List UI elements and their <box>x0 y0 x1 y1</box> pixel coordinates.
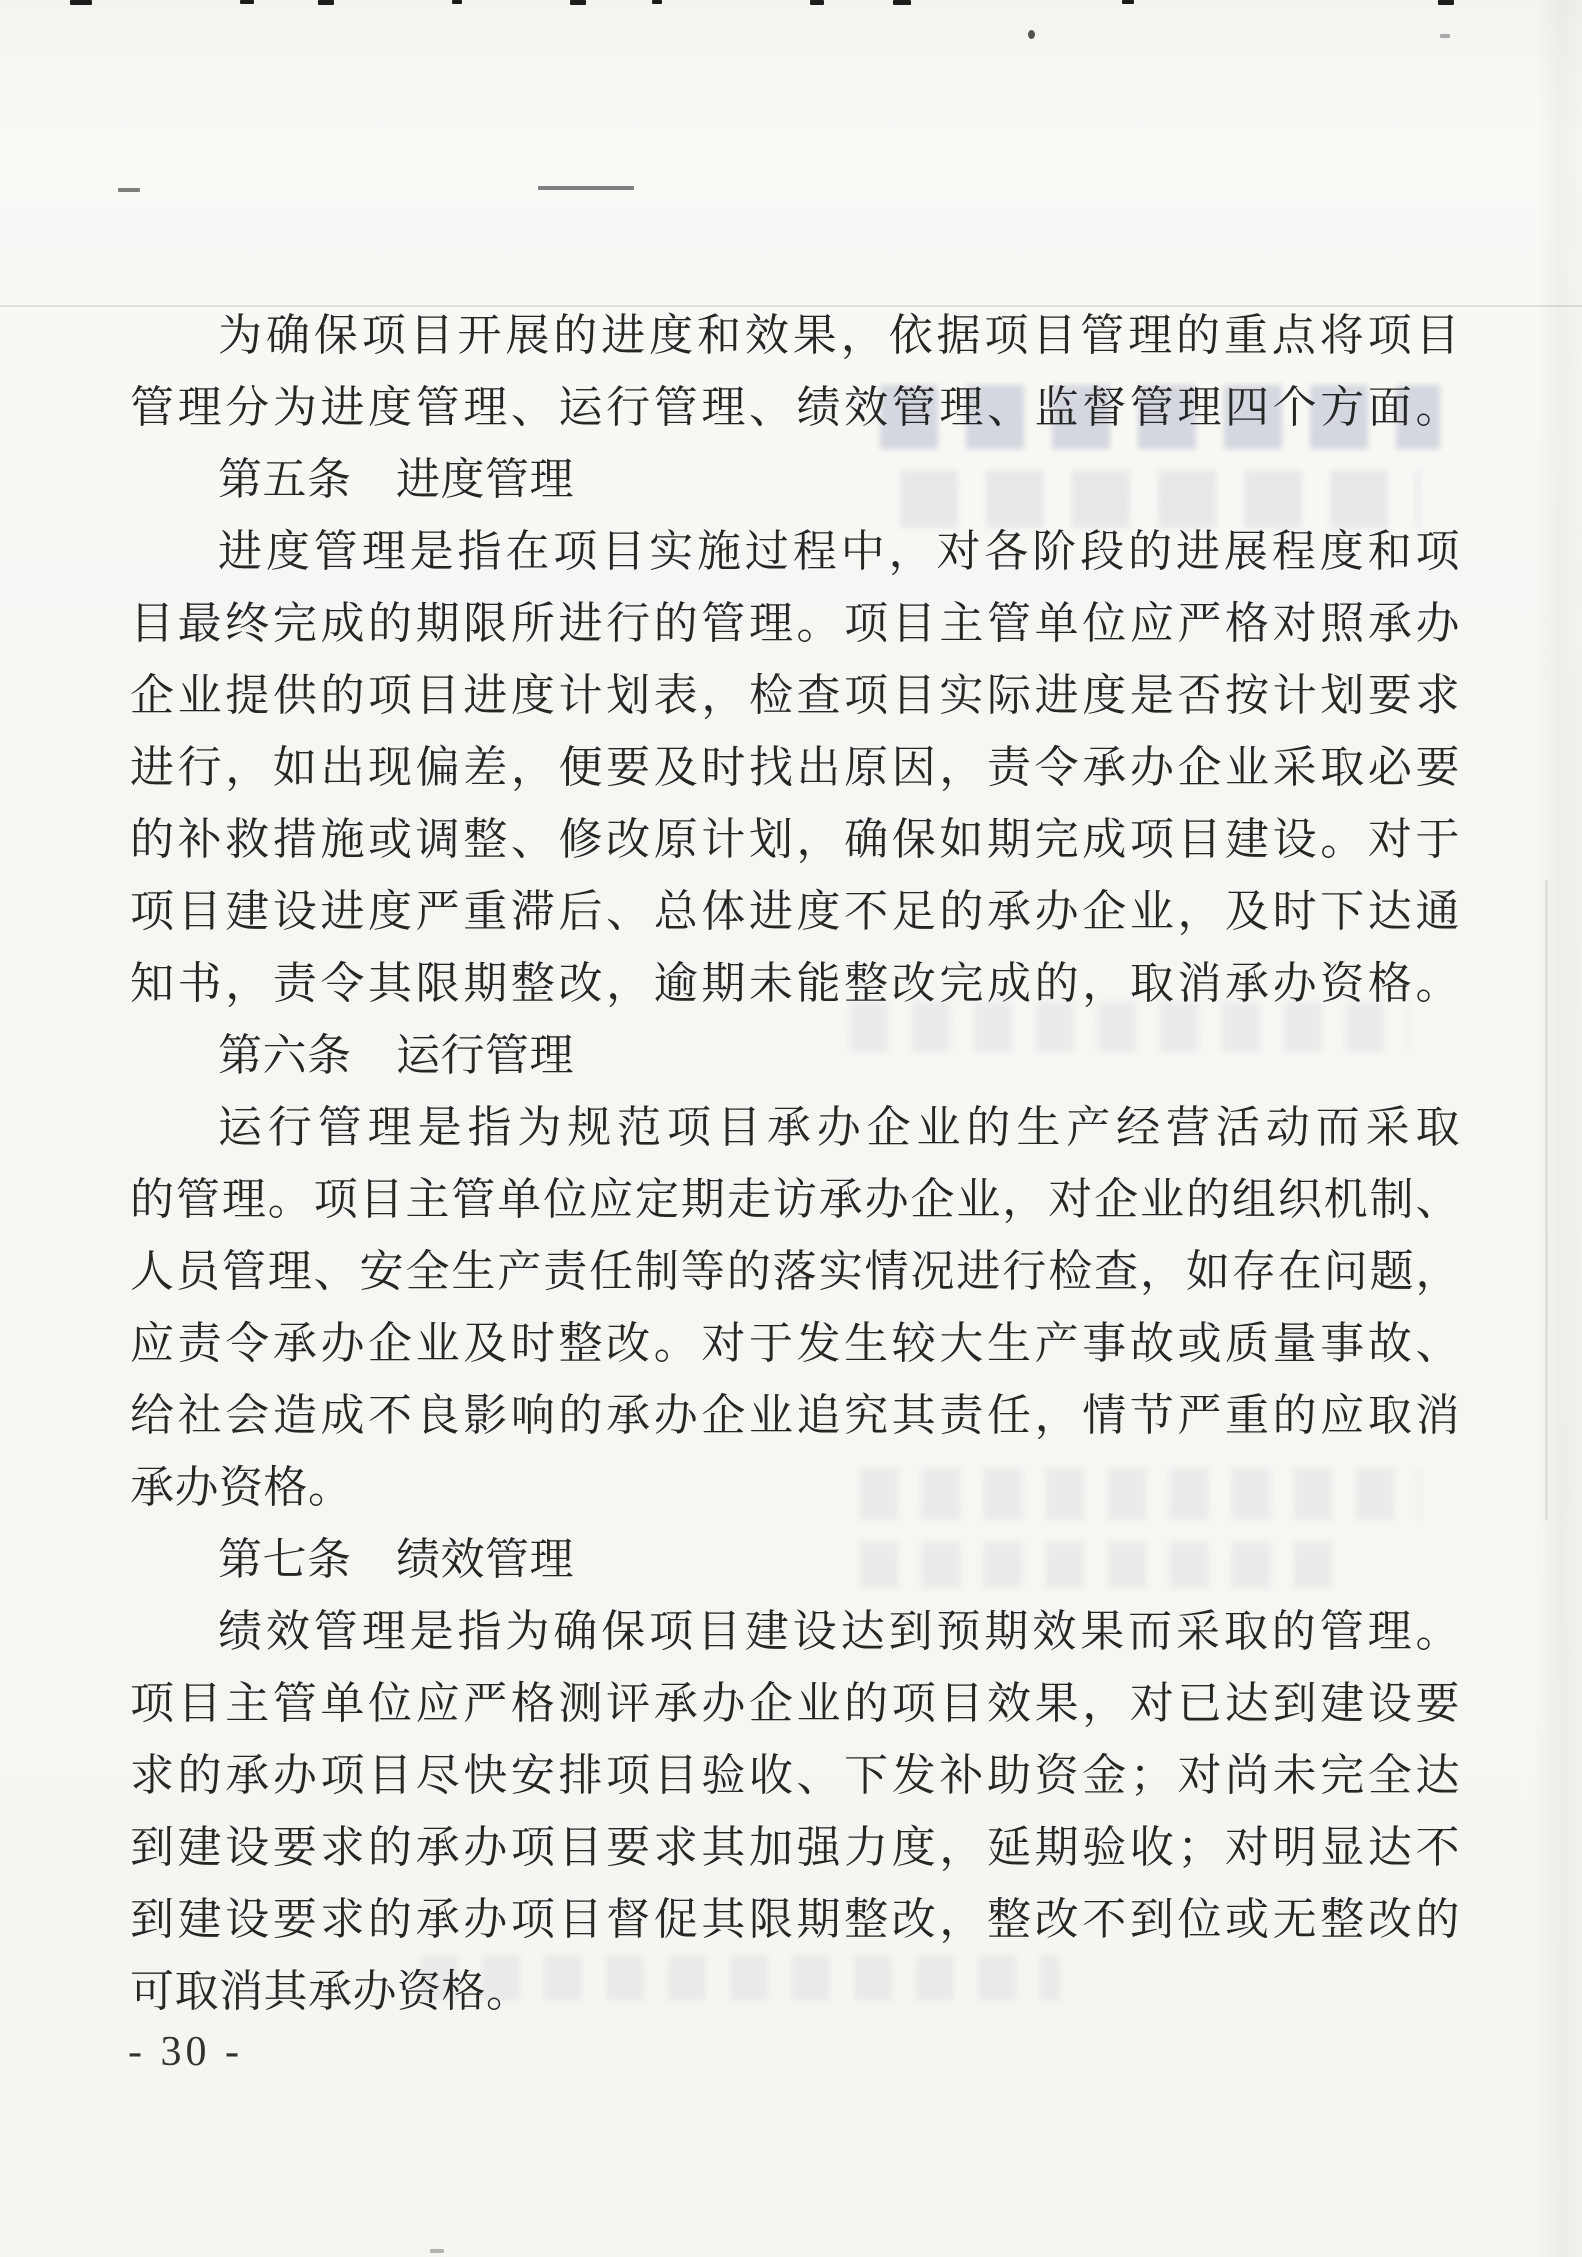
scan-speck <box>430 2249 444 2253</box>
scan-mark <box>118 188 140 192</box>
scanned-document-page: 为确保项目开展的进度和效果，依据项目管理的重点将项目管理分为进度管理、运行管理、… <box>0 0 1582 2257</box>
page-number: - 30 - <box>128 2028 243 2076</box>
text-line: 绩效管理是指为确保项目建设达到预期效果而采取的管理。 <box>130 1596 1460 1668</box>
article-heading: 第七条 绩效管理 <box>130 1524 1460 1596</box>
page-edge-line <box>1545 880 1548 1520</box>
scan-mark <box>538 186 634 190</box>
scan-mark <box>240 0 254 4</box>
text-line: 给社会造成不良影响的承办企业追究其责任，情节严重的应取消 <box>130 1380 1460 1452</box>
article-heading: 第六条 运行管理 <box>130 1020 1460 1092</box>
text-line: 进度管理是指在项目实施过程中，对各阶段的进展程度和项 <box>130 516 1460 588</box>
scan-mark <box>70 0 92 5</box>
text-line: 的管理。项目主管单位应定期走访承办企业，对企业的组织机制、 <box>130 1164 1460 1236</box>
text-line: 到建设要求的承办项目要求其加强力度，延期验收；对明显达不 <box>130 1812 1460 1884</box>
text-line: 人员管理、安全生产责任制等的落实情况进行检查，如存在问题， <box>130 1236 1460 1308</box>
text-line: 运行管理是指为规范项目承办企业的生产经营活动而采取 <box>130 1092 1460 1164</box>
scan-mark <box>1122 0 1134 4</box>
text-line: 的补救措施或调整、修改原计划，确保如期完成项目建设。对于 <box>130 804 1460 876</box>
scan-mark <box>570 0 586 5</box>
scan-mark <box>318 0 334 5</box>
scan-mark <box>1438 0 1454 5</box>
scan-speck <box>1028 30 1035 39</box>
text-line: 项目主管单位应严格测评承办企业的项目效果，对已达到建设要 <box>130 1668 1460 1740</box>
scan-mark <box>810 0 824 5</box>
text-line: 可取消其承办资格。 <box>130 1956 1460 2028</box>
text-line: 企业提供的项目进度计划表，检查项目实际进度是否按计划要求 <box>130 660 1460 732</box>
page-edge-shadow <box>1536 0 1582 2257</box>
text-line: 目最终完成的期限所进行的管理。项目主管单位应严格对照承办 <box>130 588 1460 660</box>
text-line: 知书，责令其限期整改，逾期未能整改完成的，取消承办资格。 <box>130 948 1460 1020</box>
text-line: 应责令承办企业及时整改。对于发生较大生产事故或质量事故、 <box>130 1308 1460 1380</box>
article-heading: 第五条 进度管理 <box>130 444 1460 516</box>
document-body: 为确保项目开展的进度和效果，依据项目管理的重点将项目管理分为进度管理、运行管理、… <box>130 300 1460 2028</box>
scan-speck <box>1440 34 1450 38</box>
text-line: 项目建设进度严重滞后、总体进度不足的承办企业，及时下达通 <box>130 876 1460 948</box>
text-line: 为确保项目开展的进度和效果，依据项目管理的重点将项目 <box>130 300 1460 372</box>
text-line: 求的承办项目尽快安排项目验收、下发补助资金；对尚未完全达 <box>130 1740 1460 1812</box>
text-line: 管理分为进度管理、运行管理、绩效管理、监督管理四个方面。 <box>130 372 1460 444</box>
scan-mark <box>893 0 911 5</box>
text-line: 到建设要求的承办项目督促其限期整改，整改不到位或无整改的 <box>130 1884 1460 1956</box>
text-line: 进行，如出现偏差，便要及时找出原因，责令承办企业采取必要 <box>130 732 1460 804</box>
scan-mark <box>652 0 662 4</box>
scan-mark <box>452 0 462 4</box>
text-line: 承办资格。 <box>130 1452 1460 1524</box>
